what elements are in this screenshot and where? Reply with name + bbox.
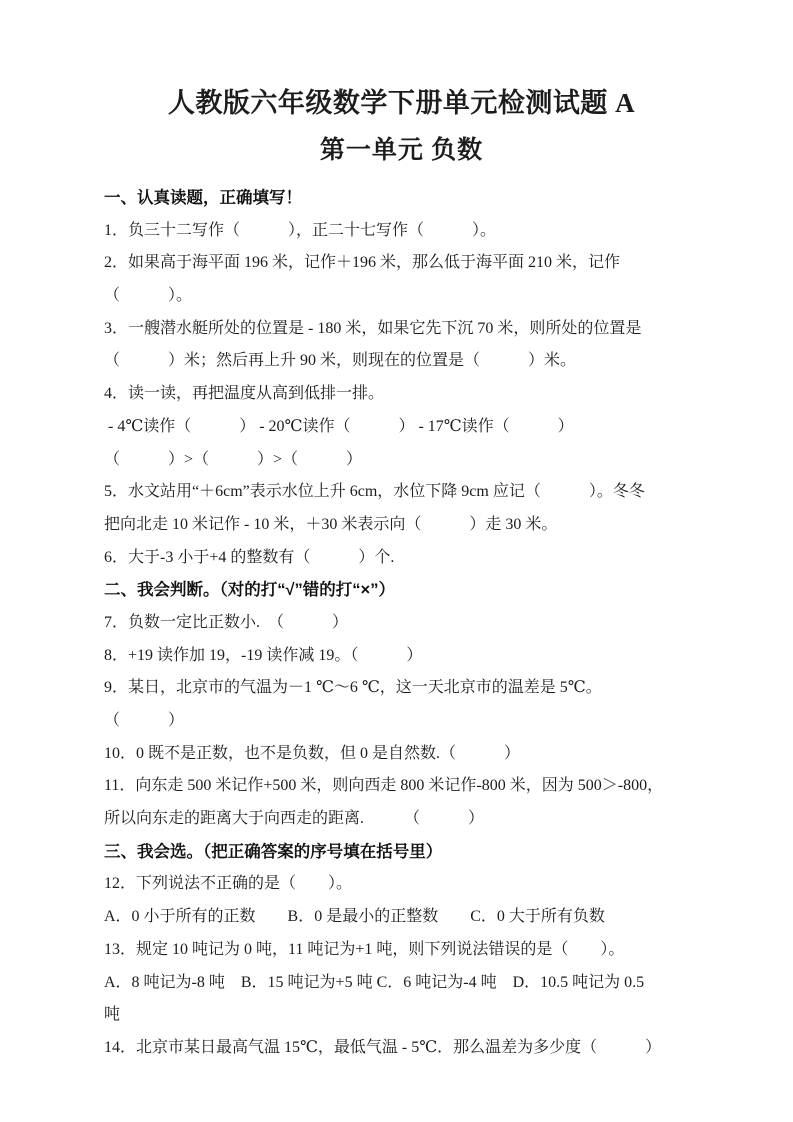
section-3-heading: 三、我会选。（把正确答案的序号填在括号里） bbox=[104, 836, 699, 869]
document-subtitle: 第一单元 负数 bbox=[104, 134, 699, 168]
line-q9-continuation: （ ） bbox=[104, 705, 699, 738]
line-q4-ordering: （ ）>（ ）>（ ） bbox=[104, 444, 699, 477]
line-q1: 1．负三十二写作（ ），正二十七写作（ ）。 bbox=[104, 215, 699, 248]
section-2-heading: 二、我会判断。（对的打“√”错的打“×”） bbox=[104, 574, 699, 607]
line-q13-options-continuation: 吨 bbox=[104, 999, 699, 1032]
line-q12-options: A．0 小于所有的正数 B．0 是最小的正整数 C．0 大于所有负数 bbox=[104, 901, 699, 934]
line-q11: 11．向东走 500 米记作+500 米，则向西走 800 米记作-800 米，… bbox=[104, 770, 699, 803]
line-q12: 12．下列说法不正确的是（ ）。 bbox=[104, 868, 699, 901]
question-lines: 一、认真读题，正确填写！ 1．负三十二写作（ ），正二十七写作（ ）。 2．如果… bbox=[104, 182, 699, 1065]
line-q3-continuation: （ ）米；然后再上升 90 米，则现在的位置是（ ）米。 bbox=[104, 345, 699, 378]
line-q9: 9．某日，北京市的气温为－1 ℃～6 ℃，这一天北京市的温差是 5℃。 bbox=[104, 672, 699, 705]
line-q13: 13．规定 10 吨记为 0 吨，11 吨记为+1 吨，则下列说法错误的是（ ）… bbox=[104, 934, 699, 967]
line-q4: 4．读一读，再把温度从高到低排一排。 bbox=[104, 378, 699, 411]
line-q3: 3．一艘潜水艇所处的位置是 - 180 米，如果它先下沉 70 米，则所处的位置… bbox=[104, 313, 699, 346]
line-q14: 14．北京市某日最高气温 15℃，最低气温 - 5℃．那么温差为多少度（ ） bbox=[104, 1032, 699, 1065]
section-1-heading: 一、认真读题，正确填写！ bbox=[104, 182, 699, 215]
line-q5: 5．水文站用“＋6cm”表示水位上升 6cm，水位下降 9cm 应记（ ）。冬冬 bbox=[104, 476, 699, 509]
line-q4-readings: - 4℃读作（ ） - 20℃读作（ ） - 17℃读作（ ） bbox=[104, 411, 699, 444]
document-title: 人教版六年级数学下册单元检测试题 A bbox=[104, 84, 699, 122]
line-q8: 8．+19 读作加 19，-19 读作减 19。（ ） bbox=[104, 640, 699, 673]
line-q6: 6．大于-3 小于+4 的整数有（ ）个. bbox=[104, 542, 699, 575]
line-q5-continuation: 把向北走 10 米记作 - 10 米，＋30 米表示向（ ）走 30 米。 bbox=[104, 509, 699, 542]
document-page: 人教版六年级数学下册单元检测试题 A 第一单元 负数 一、认真读题，正确填写！ … bbox=[0, 0, 793, 1122]
line-q2-continuation: （ ）。 bbox=[104, 280, 699, 313]
document-content: 人教版六年级数学下册单元检测试题 A 第一单元 负数 一、认真读题，正确填写！ … bbox=[0, 0, 793, 1065]
line-q7: 7．负数一定比正数小. （ ） bbox=[104, 607, 699, 640]
line-q13-options: A．8 吨记为-8 吨 B．15 吨记为+5 吨 C．6 吨记为-4 吨 D．1… bbox=[104, 967, 699, 1000]
line-q2: 2．如果高于海平面 196 米，记作＋196 米，那么低于海平面 210 米，记… bbox=[104, 247, 699, 280]
line-q11-continuation: 所以向东走的距离大于向西走的距离. （ ） bbox=[104, 803, 699, 836]
line-q10: 10．0 既不是正数，也不是负数，但 0 是自然数.（ ） bbox=[104, 738, 699, 771]
